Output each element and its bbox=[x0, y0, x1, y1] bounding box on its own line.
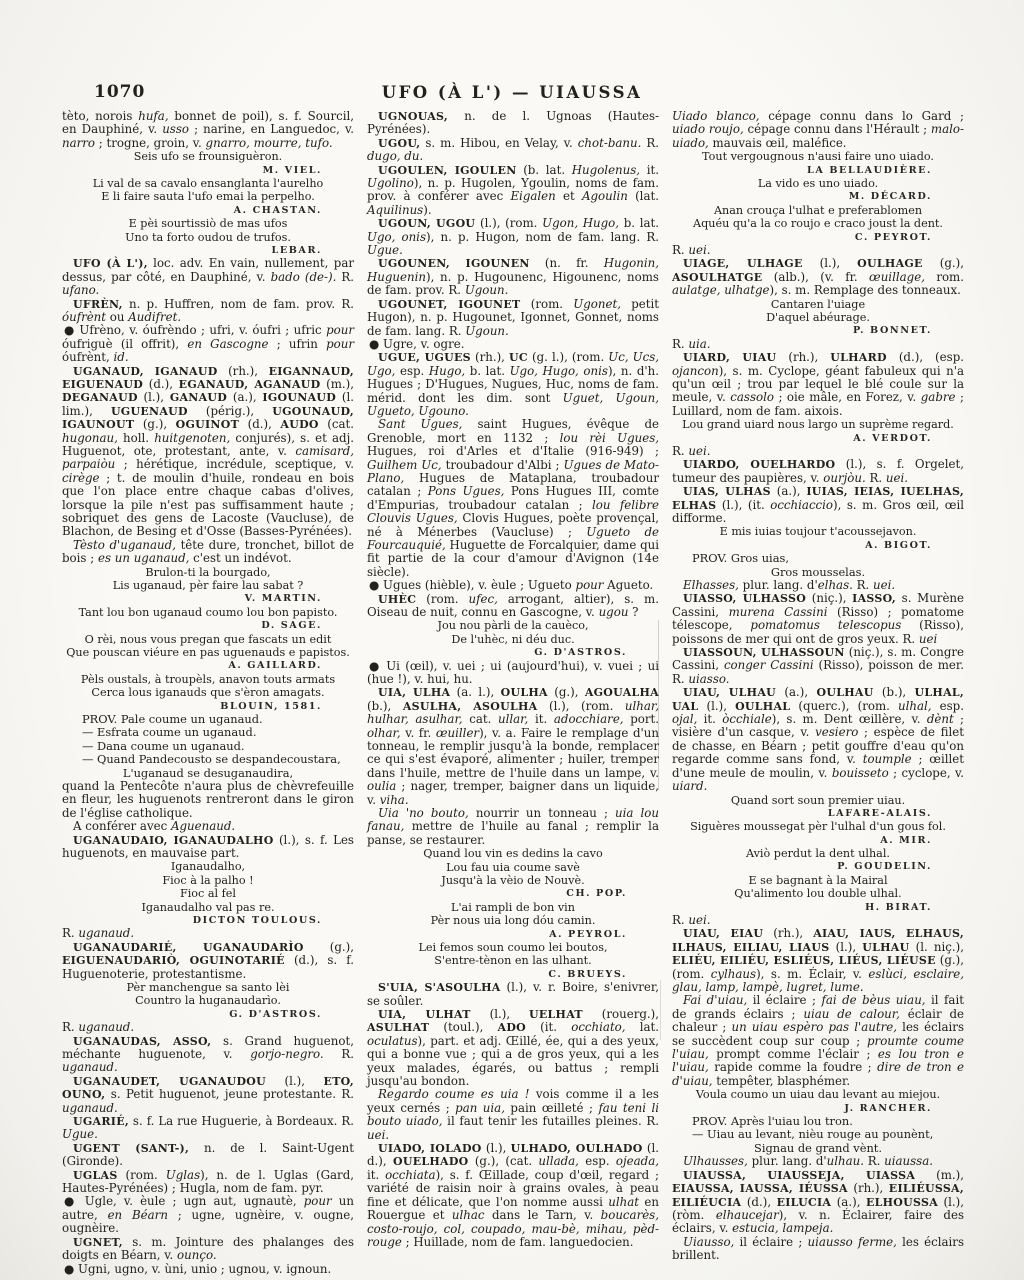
italic-text: Agoulin bbox=[582, 189, 628, 203]
italic-text: uei bbox=[919, 632, 937, 646]
italic-text: Ugo, onis bbox=[367, 230, 426, 244]
headword: UIARD, UIAU bbox=[683, 351, 776, 364]
headword: GANAUD bbox=[170, 391, 227, 404]
italic-text: fai de bèus uiau, bbox=[821, 993, 925, 1007]
italic-text: occhiato, bbox=[571, 1020, 625, 1034]
italic-text: uei. bbox=[688, 243, 710, 257]
italic-text: dènt bbox=[927, 712, 954, 726]
proverb: PROV. Après l'uiau lou tron. bbox=[672, 1115, 964, 1128]
italic-text: chot-banu. bbox=[578, 136, 642, 150]
verse-quote: Aviò perdut la dent ulhal. bbox=[672, 847, 964, 860]
verse-quote: E pèi sourtissiò de mas ufosUno ta forto… bbox=[62, 217, 354, 244]
quote-attribution: G. D'ASTROS. bbox=[62, 1008, 354, 1021]
headword: UIAU, EIAU bbox=[683, 927, 763, 940]
italic-text: Uglas bbox=[166, 1168, 200, 1182]
italic-text: gabre bbox=[921, 390, 956, 404]
paragraph: R. uei. bbox=[672, 244, 964, 257]
headword: UGANAUD, IGANAUD bbox=[73, 365, 218, 378]
italic-text: boucarès, costo-roujo, col, coupado, mau… bbox=[367, 1208, 659, 1249]
quote-attribution: LAFARE-ALAIS. bbox=[672, 807, 964, 820]
italic-text: Eigalen bbox=[510, 189, 555, 203]
headword: UGENT (SANT-), bbox=[73, 1142, 189, 1155]
column-3: Uiado blanco, cépage connu dans lo Gard … bbox=[672, 110, 964, 1263]
italic-text: pour bbox=[326, 337, 354, 351]
italic-text: uei. bbox=[688, 913, 710, 927]
headword: UGOUN, UGOU bbox=[378, 217, 475, 230]
italic-text: conger Cassini bbox=[724, 658, 814, 672]
italic-text: lou felibre Clouvis Ugues, bbox=[367, 498, 659, 525]
quote-attribution: M. DÉCARD. bbox=[672, 190, 964, 203]
headword: UGOULEN, IGOULEN bbox=[378, 164, 517, 177]
proverb: PROV. Pale coume un uganaud. bbox=[62, 713, 354, 726]
cross-reference-note: ● Ufrèno, v. óufrèndo ; ufri, v. óufri ;… bbox=[62, 324, 354, 364]
italic-text: ullar, bbox=[498, 712, 528, 726]
proverb: — Quand Pandecousto se despandecoustara,… bbox=[62, 753, 354, 780]
italic-text: Audifret. bbox=[128, 310, 181, 324]
proverb: PROV. Gros uias,Gros mousselas. bbox=[672, 552, 964, 579]
dictionary-entry: UGLAS (rom. Uglas), n. de l. Uglas (Gard… bbox=[62, 1169, 354, 1196]
italic-text: œuiller bbox=[436, 726, 479, 740]
italic-text: cassolo bbox=[730, 390, 774, 404]
italic-text: ufec, bbox=[469, 592, 498, 606]
italic-text: Uiausso, bbox=[683, 1235, 734, 1249]
italic-text: ullada, bbox=[538, 1154, 579, 1168]
dictionary-entry: UGANAUDET, UGANAUDOU (l.), ETO, OUNO, s.… bbox=[62, 1075, 354, 1115]
verse-quote: Siguères moussegat pèr l'ulhal d'un gous… bbox=[672, 820, 964, 833]
italic-text: lou rèi Ugues, bbox=[560, 431, 659, 445]
italic-text: viha. bbox=[380, 793, 409, 807]
verse-quote: Lei femos soun coumo lei boutos,S'entre-… bbox=[367, 941, 659, 968]
italic-text: uei. bbox=[873, 578, 895, 592]
dictionary-entry: UIA, ULHAT (l.), UELHAT (rouerg.), ASULH… bbox=[367, 1008, 659, 1088]
quote-attribution: A. BIGOT. bbox=[672, 539, 964, 552]
headword: ASOULHATGE bbox=[672, 271, 762, 284]
dictionary-entry: UGENT (SANT-), n. de l. Saint-Ugent (Gir… bbox=[62, 1142, 354, 1169]
headword: EIAUSSA, IAUSSA, IÉUSSA bbox=[672, 1182, 848, 1195]
quote-attribution: D. SAGE. bbox=[62, 619, 354, 632]
headword: UGNOUAS, bbox=[378, 110, 448, 123]
italic-text: dire de tron e d'uiau, bbox=[672, 1060, 964, 1087]
italic-text: Ugue. bbox=[62, 1127, 98, 1141]
verse-quote: Cantaren l'uiageD'aquel abéurage. bbox=[672, 298, 964, 325]
italic-text: ufano. bbox=[62, 283, 99, 297]
headword: IASSO, bbox=[852, 592, 896, 605]
verse-quote: Tant lou bon uganaud coumo lou bon papis… bbox=[62, 606, 354, 619]
headword: EIGUENAUDARIÒ, OGUINOTARIÉ bbox=[62, 954, 285, 967]
italic-text: pour bbox=[304, 1194, 332, 1208]
italic-text: toumple bbox=[863, 752, 912, 766]
italic-text: Ugoun. bbox=[465, 283, 509, 297]
paragraph: R. uganaud. bbox=[62, 1021, 354, 1034]
italic-text: aulatge, ulhatge bbox=[672, 283, 770, 297]
cross-reference-note: ● Ugle, v. èule ; ugn aut, ugnautè, pour… bbox=[62, 1195, 354, 1235]
italic-text: murena Cassini bbox=[729, 605, 828, 619]
dictionary-entry: UIASSOUN, ULHASSOUN (niç.), s. m. Congre… bbox=[672, 646, 964, 686]
italic-text: œuillage, bbox=[869, 270, 925, 284]
italic-text: ulhau. bbox=[827, 1154, 864, 1168]
verse-quote: Anan crouça l'ulhat e preferablomenAquéu… bbox=[672, 204, 964, 231]
proverb: — Esfrata coume un uganaud. bbox=[62, 726, 354, 739]
page-title: UFO (À L') — UIAUSSA bbox=[62, 83, 962, 102]
italic-text: Tèsto d'uganaud, bbox=[73, 538, 176, 552]
italic-text: es un uganaud, bbox=[98, 551, 189, 565]
quote-attribution: A. VERDOT. bbox=[672, 432, 964, 445]
italic-text: cylhaus bbox=[711, 967, 756, 981]
italic-text: gorjo-negro. bbox=[250, 1047, 323, 1061]
italic-text: un uiau espèro pas l'autre, bbox=[732, 1020, 898, 1034]
text-columns: tèto, norois hufa, bonnet de poil), s. f… bbox=[62, 110, 964, 1276]
dictionary-entry: UIA, ULHA (a. l.), OULHA (g.), AGOUALHA … bbox=[367, 686, 659, 807]
italic-text: uiasso. bbox=[688, 672, 729, 686]
italic-text: uiaussa. bbox=[884, 1154, 933, 1168]
verse-quote: Tout vergougnous n'ausi faire uno uiado. bbox=[672, 150, 964, 163]
headword: UIAS, ULHAS bbox=[683, 485, 771, 498]
italic-text: ourjòu. bbox=[823, 471, 865, 485]
headword: ASULHAT bbox=[367, 1021, 429, 1034]
italic-text: cirège bbox=[62, 471, 100, 485]
italic-text: fau teni li bouto uiado, bbox=[367, 1101, 659, 1128]
italic-text: uiausso ferme, bbox=[808, 1235, 897, 1249]
italic-text: Ugon, Hugo, bbox=[542, 216, 619, 230]
quote-attribution: CH. POP. bbox=[367, 887, 659, 900]
italic-text: Uia 'no bouto, bbox=[378, 806, 469, 820]
headword: UGANAUDET, UGANAUDOU bbox=[73, 1075, 266, 1088]
italic-text: ulhal, bbox=[898, 699, 932, 713]
dictionary-entry: UIADO, IOLADO (l.), ULHADO, OULHADO (l. … bbox=[367, 1142, 659, 1249]
quote-attribution: M. VIEL. bbox=[62, 164, 354, 177]
paragraph: Regardo coume es uia ! vois comme il a l… bbox=[367, 1088, 659, 1142]
verse-quote: La vido es uno uiado. bbox=[672, 177, 964, 190]
italic-text: Uguet, Ugoun, Ugueto, Ugouno. bbox=[367, 391, 659, 418]
dictionary-entry: UGANAUD, IGANAUD (rh.), EIGANNAUD, EIGUE… bbox=[62, 365, 354, 539]
italic-text: elhas. bbox=[818, 578, 853, 592]
dictionary-entry: UFRÈN, n. p. Huffren, nom de fam. prov. … bbox=[62, 298, 354, 325]
dictionary-entry: S'UIA, S'ASOULHA (l.), v. r. Boire, s'en… bbox=[367, 981, 659, 1008]
cross-reference-note: ● Ugre, v. ogre. bbox=[367, 338, 659, 351]
column-1: tèto, norois hufa, bonnet de poil), s. f… bbox=[62, 110, 354, 1276]
quote-attribution: C. PEYROT. bbox=[672, 231, 964, 244]
headword: ULHARD bbox=[830, 351, 887, 364]
italic-text: hugonau, bbox=[62, 431, 118, 445]
dictionary-entry: UGOUNEN, IGOUNEN (n. fr. Hugonin, Huguen… bbox=[367, 257, 659, 297]
italic-text: gnarro, mourre, tufo. bbox=[206, 136, 333, 150]
italic-text: Ugolino bbox=[367, 176, 414, 190]
quote-attribution: H. BIRAT. bbox=[672, 901, 964, 914]
headword: OULHAU bbox=[816, 686, 873, 699]
italic-text: oulia bbox=[367, 779, 396, 793]
quote-attribution: A. CHASTAN. bbox=[62, 204, 354, 217]
italic-text: Regardo coume es uia ! bbox=[378, 1087, 530, 1101]
dictionary-entry: UFO (À L'), loc. adv. En vain, nullement… bbox=[62, 257, 354, 297]
headword: UGANAUDAS, ASSO, bbox=[73, 1035, 211, 1048]
headword: ULHAU bbox=[862, 941, 909, 954]
headword: ELHOUSSA bbox=[866, 1196, 938, 1209]
italic-text: usso bbox=[162, 122, 189, 136]
paragraph: Ulhausses, plur. lang. d'ulhau. R. uiaus… bbox=[672, 1155, 964, 1168]
italic-text: Ugoun. bbox=[465, 324, 509, 338]
dictionary-entry: UGANAUDAIO, IGANAUDALHO (l.), s. f. Les … bbox=[62, 834, 354, 861]
italic-text: pour bbox=[576, 578, 604, 592]
headword: UIAU, ULHAU bbox=[683, 686, 776, 699]
headword: UGOU, bbox=[378, 137, 420, 150]
verse-quote: Brulon-ti la bourgado,Lis uganaud, pèr f… bbox=[62, 566, 354, 593]
verse-quote: Iganaudalho,Fioc à la palho !Fioc al fel… bbox=[62, 860, 354, 914]
dictionary-entry: UGANAUDARIÉ, UGANAUDARÌO (g.), EIGUENAUD… bbox=[62, 941, 354, 981]
quote-attribution: G. D'ASTROS. bbox=[367, 646, 659, 659]
paragraph: R. uei. bbox=[672, 914, 964, 927]
italic-text: en Béarn bbox=[108, 1208, 168, 1222]
paragraph: Uiausso, il éclaire ; uiausso ferme, les… bbox=[672, 1236, 964, 1263]
headword: UGUE, UGUES bbox=[378, 351, 471, 364]
italic-text: uiau de calour, bbox=[803, 1007, 900, 1021]
dictionary-entry: UIAGE, ULHAGE (l.), OULHAGE (g.), ASOULH… bbox=[672, 257, 964, 297]
dictionary-entry: UIARD, UIAU (rh.), ULHARD (d.), (esp. oj… bbox=[672, 351, 964, 418]
paragraph: Uia 'no bouto, nourrir un tonneau ; uia … bbox=[367, 807, 659, 847]
headword: S'UIA, S'ASOULHA bbox=[378, 981, 501, 994]
dictionary-entry: UGNOUAS, n. de l. Ugnoas (Hautes-Pyrénée… bbox=[367, 110, 659, 137]
italic-text: Pons Ugues, bbox=[428, 484, 505, 498]
italic-text: Fai d'uiau, bbox=[683, 993, 747, 1007]
italic-text: uganaud. bbox=[62, 1101, 118, 1115]
quote-attribution: DICTON TOULOUS. bbox=[62, 914, 354, 927]
proverb: — Uiau au levant, nièu rouge au pounènt,… bbox=[672, 1128, 964, 1155]
headword: UC bbox=[509, 351, 528, 364]
verse-quote: Li val de sa cavalo ensanglanta l'aurelh… bbox=[62, 177, 354, 204]
italic-text: pour bbox=[326, 323, 354, 337]
paragraph: R. uganaud. bbox=[62, 927, 354, 940]
italic-text: Uiado blanco, bbox=[672, 109, 760, 123]
verse-quote: Lou grand uiard nous largo un suprème re… bbox=[672, 418, 964, 431]
headword: OULHA bbox=[501, 686, 548, 699]
column-2: UGNOUAS, n. de l. Ugnoas (Hautes-Pyrénée… bbox=[367, 110, 659, 1249]
cross-reference-note: ● Ugni, ugno, v. ùni, unio ; ugnou, v. i… bbox=[62, 1263, 354, 1276]
headword: UIAGE, ULHAGE bbox=[683, 257, 803, 270]
headword: OUELHADO bbox=[393, 1155, 469, 1168]
italic-text: uganaud. bbox=[78, 1020, 134, 1034]
dictionary-entry: UIARDO, OUELHARDO (l.), s. f. Orgelet, t… bbox=[672, 458, 964, 485]
dictionary-entry: UGANAUDAS, ASSO, s. Grand huguenot, méch… bbox=[62, 1035, 354, 1075]
headword: ELIÉU, EILIÉU, ESLIÉUS, LIÉUS, LIÉUSE bbox=[672, 954, 936, 967]
headword: UIADO, IOLADO bbox=[378, 1142, 482, 1155]
headword: ASULHA, ASOULHA bbox=[403, 700, 538, 713]
italic-text: uiado roujo, bbox=[672, 122, 744, 136]
quote-attribution: LA BELLAUDIÈRE. bbox=[672, 164, 964, 177]
headword: ULHADO, OULHADO bbox=[511, 1142, 643, 1155]
italic-text: uganaud. bbox=[62, 1060, 118, 1074]
quote-attribution: A. MIR. bbox=[672, 834, 964, 847]
headword: UIASSOUN, ULHASSOUN bbox=[683, 646, 845, 659]
page-header: 1070 UFO (À L') — UIAUSSA bbox=[62, 82, 962, 106]
quote-attribution: P. GOUDELIN. bbox=[672, 860, 964, 873]
italic-text: ojancon bbox=[672, 364, 719, 378]
quote-attribution: V. MARTIN. bbox=[62, 592, 354, 605]
italic-text: Guilhem Uc, bbox=[367, 458, 442, 472]
dictionary-entry: UGOUN, UGOU (l.), (rom. Ugon, Hugo, b. l… bbox=[367, 217, 659, 257]
headword: UIA, ULHAT bbox=[378, 1008, 471, 1021]
italic-text: olhar, bbox=[367, 726, 401, 740]
italic-text: elhaucejar bbox=[716, 1208, 779, 1222]
italic-text: hufa, bbox=[138, 109, 168, 123]
dictionary-entry: UIASSO, ULHASSO (niç.), IASSO, s. Murène… bbox=[672, 592, 964, 646]
italic-text: Ugonet, bbox=[573, 297, 621, 311]
headword: UGANAUDARIÉ, UGANAUDARÌO bbox=[73, 941, 304, 954]
italic-text: id. bbox=[114, 350, 129, 364]
italic-text: uei. bbox=[886, 471, 908, 485]
italic-text: Sant Ugues, bbox=[378, 417, 462, 431]
italic-text: óufrènt bbox=[62, 310, 106, 324]
italic-text: pan uia, bbox=[455, 1101, 505, 1115]
headword: UFO (À L'), bbox=[73, 257, 148, 270]
headword: UFRÈN, bbox=[73, 298, 123, 311]
italic-text: ounço. bbox=[177, 1248, 217, 1262]
paragraph: Elhasses, plur. lang. d'elhas. R. uei. bbox=[672, 579, 964, 592]
headword: OULHAGE bbox=[857, 257, 923, 270]
headword: UGUENAUD bbox=[111, 405, 188, 418]
paragraph: quand la Pentecôte n'aura plus de chèvre… bbox=[62, 780, 354, 820]
italic-text: oculatus bbox=[367, 1034, 418, 1048]
italic-text: Ugueto de Fourcauquié, bbox=[367, 525, 659, 552]
italic-text: estucia, lampeja. bbox=[732, 1221, 833, 1235]
paragraph: R. uei. bbox=[672, 445, 964, 458]
italic-text: Ugue. bbox=[367, 243, 403, 257]
italic-text: ugou bbox=[599, 605, 629, 619]
verse-quote: Quand sort soun premier uiau. bbox=[672, 794, 964, 807]
headword: AUDO bbox=[280, 418, 318, 431]
italic-text: uganaud. bbox=[78, 926, 134, 940]
verse-quote: L'ai rampli de bon vinPèr nous uia long … bbox=[367, 901, 659, 928]
italic-text: Hugo, bbox=[429, 364, 465, 378]
quote-attribution: C. BRUEYS. bbox=[367, 968, 659, 981]
headword: UIA, ULHA bbox=[378, 686, 450, 699]
italic-text: ojeada, bbox=[616, 1154, 659, 1168]
italic-text: narro bbox=[62, 136, 95, 150]
italic-text: occhiaccio bbox=[770, 498, 833, 512]
verse-quote: O rèi, nous vous pregan que fascats un e… bbox=[62, 633, 354, 660]
headword: UGNET, bbox=[73, 1236, 123, 1249]
dictionary-entry: UGNET, s. m. Jointure des phalanges des … bbox=[62, 1236, 354, 1263]
dictionary-entry: UIAUSSA, UIAUSSEJA, UIASSA (m.), EIAUSSA… bbox=[672, 1169, 964, 1236]
italic-text: Ulhausses, bbox=[683, 1154, 748, 1168]
cross-reference-note: ● Ui (œil), v. uei ; ui (aujourd'hui), v… bbox=[367, 660, 659, 687]
headword: UGARIÉ, bbox=[73, 1115, 129, 1128]
italic-text: en Gascogne bbox=[187, 337, 268, 351]
italic-text: Aguenaud. bbox=[171, 819, 235, 833]
italic-text: uei. bbox=[367, 1128, 389, 1142]
quote-attribution: J. RANCHER. bbox=[672, 1102, 964, 1115]
italic-text: camisard, parpaiòu bbox=[62, 444, 354, 471]
italic-text: uei. bbox=[688, 444, 710, 458]
paragraph: Uiado blanco, cépage connu dans lo Gard … bbox=[672, 110, 964, 150]
italic-text: Aquilinus bbox=[367, 203, 423, 217]
verse-quote: Quand lou vin es dedins la cavoLou fau u… bbox=[367, 847, 659, 887]
italic-text: Hugolenus, bbox=[572, 163, 640, 177]
headword: UGOUNEN, IGOUNEN bbox=[378, 257, 530, 270]
italic-text: ulhat bbox=[608, 1195, 639, 1209]
paragraph: Tèsto d'uganaud, tête dure, tronchet, bi… bbox=[62, 539, 354, 566]
headword: OGUINOT bbox=[176, 418, 239, 431]
headword: DEGANAUD bbox=[62, 391, 138, 404]
italic-text: ulhac bbox=[452, 1208, 485, 1222]
proverb: — Dana coume un uganaud. bbox=[62, 740, 354, 753]
quote-attribution: A. GAILLARD. bbox=[62, 659, 354, 672]
verse-quote: Voula coumo un uiau dau levant au miejou… bbox=[672, 1088, 964, 1101]
headword: UIASSO, ULHASSO bbox=[683, 592, 806, 605]
quote-attribution: BLOUIN, 1581. bbox=[62, 700, 354, 713]
paragraph: Fai d'uiau, il éclaire ; fai de bèus uia… bbox=[672, 994, 964, 1088]
dictionary-entry: UIAU, ULHAU (a.), OULHAU (b.), ULHAL, UA… bbox=[672, 686, 964, 793]
headword: UGOUNET, IGOUNET bbox=[378, 298, 521, 311]
italic-text: adocchiare, bbox=[554, 712, 624, 726]
quote-attribution: P. BONNET. bbox=[672, 324, 964, 337]
dictionary-entry: UHÈC (rom. ufec, arrogant, altier), s. m… bbox=[367, 593, 659, 620]
italic-text: uiard. bbox=[672, 779, 707, 793]
headword: EGANAUD, AGANAUD bbox=[179, 378, 321, 391]
headword: AGOUALHA bbox=[585, 686, 659, 699]
headword: UHÈC bbox=[378, 593, 416, 606]
italic-text: ojal, bbox=[672, 712, 697, 726]
headword: UGLAS bbox=[73, 1169, 118, 1182]
verse-quote: Jou nou pàrli de la cauèco,De l'uhèc, ni… bbox=[367, 619, 659, 646]
italic-text: uia. bbox=[688, 337, 710, 351]
headword: UGANAUDAIO, IGANAUDALHO bbox=[73, 834, 274, 847]
verse-quote: E mis iuias toujour t'acoussejavon. bbox=[672, 525, 964, 538]
paragraph: R. uia. bbox=[672, 338, 964, 351]
italic-text: bado (de-). bbox=[271, 270, 337, 284]
quote-attribution: LEBAR. bbox=[62, 244, 354, 257]
italic-text: bouisseto bbox=[832, 766, 889, 780]
dictionary-entry: UGOU, s. m. Hibou, en Velay, v. chot-ban… bbox=[367, 137, 659, 164]
italic-text: òcchiale bbox=[722, 712, 771, 726]
italic-text: Ugo, Hugo, onis bbox=[510, 364, 608, 378]
dictionary-entry: UGARIÉ, s. f. La rue Huguerie, à Bordeau… bbox=[62, 1115, 354, 1142]
cross-reference-note: ● Ugues (hièble), v. èule ; Ugueto pour … bbox=[367, 579, 659, 592]
headword: EILUCIA bbox=[777, 1196, 832, 1209]
headword: UIARDO, OUELHARDO bbox=[683, 458, 835, 471]
verse-quote: Pèls oustals, à troupèls, anavon touts a… bbox=[62, 673, 354, 700]
headword: OULHAL bbox=[735, 700, 790, 713]
headword: UELHAT bbox=[529, 1008, 583, 1021]
headword: IGOUNAUD bbox=[262, 391, 336, 404]
headword: ADO bbox=[498, 1021, 526, 1034]
italic-text: vesiero bbox=[815, 725, 858, 739]
italic-text: Elhasses, bbox=[683, 578, 739, 592]
dictionary-page: 1070 UFO (À L') — UIAUSSA tèto, norois h… bbox=[0, 0, 1024, 1280]
paragraph: Sant Ugues, saint Hugues, évêque de Gren… bbox=[367, 418, 659, 579]
dictionary-entry: UGOUNET, IGOUNET (rom. Ugonet, petit Hug… bbox=[367, 298, 659, 338]
verse-quote: Seis ufo se frounsiguèron. bbox=[62, 150, 354, 163]
quote-attribution: A. PEYROL. bbox=[367, 928, 659, 941]
dictionary-entry: UIAS, ULHAS (a.), IUIAS, IEIAS, IUELHAS,… bbox=[672, 485, 964, 525]
italic-text: dugo, du. bbox=[367, 149, 423, 163]
italic-text: occhiata bbox=[385, 1168, 436, 1182]
dictionary-entry: UIAU, EIAU (rh.), AIAU, IAUS, ELHAUS, IL… bbox=[672, 927, 964, 994]
headword: UIAUSSA, UIAUSSEJA, UIASSA bbox=[683, 1169, 915, 1182]
italic-text: huitgenoten, bbox=[154, 431, 230, 445]
dictionary-entry: UGOULEN, IGOULEN (b. lat. Hugolenus, it.… bbox=[367, 164, 659, 218]
italic-text: pomatomus telescopus bbox=[750, 618, 901, 632]
paragraph: tèto, norois hufa, bonnet de poil), s. f… bbox=[62, 110, 354, 150]
dictionary-entry: UGUE, UGUES (rh.), UC (g. l.), (rom. Uc,… bbox=[367, 351, 659, 418]
verse-quote: E se bagnant à la MairalQu'alimento lou … bbox=[672, 874, 964, 901]
paragraph: A conférer avec Aguenaud. bbox=[62, 820, 354, 833]
verse-quote: Pèr manchengue sa santo lèiCountro la hu… bbox=[62, 981, 354, 1008]
